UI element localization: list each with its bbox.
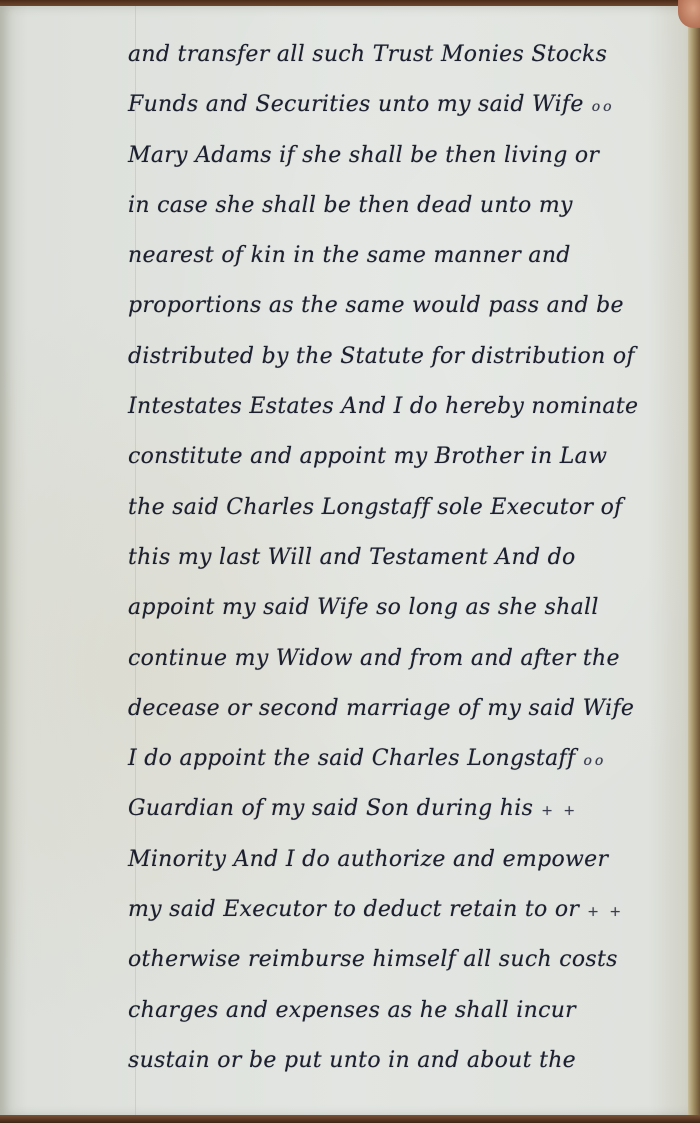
line-filler-mark: + + — [541, 803, 578, 819]
text-line: Minority And I do authorize and empower — [128, 835, 688, 885]
text-line: constitute and appoint my Brother in Law — [128, 432, 688, 482]
handwritten-text-block: and transfer all such Trust Monies Stock… — [128, 30, 688, 1086]
line-text: I do appoint the said Charles Longstaff — [128, 746, 575, 771]
line-text: proportions as the same would pass and b… — [128, 293, 624, 318]
line-text: Mary Adams if she shall be then living o… — [128, 143, 599, 168]
text-line: continue my Widow and from and after the — [128, 634, 688, 684]
line-text: Guardian of my said Son during his — [128, 796, 533, 821]
line-filler-mark: oo — [583, 753, 606, 769]
text-line: decease or second marriage of my said Wi… — [128, 684, 688, 734]
line-text: otherwise reimburse himself all such cos… — [128, 947, 618, 972]
line-text: my said Executor to deduct retain to or — [128, 897, 579, 922]
text-line: appoint my said Wife so long as she shal… — [128, 583, 688, 633]
line-filler-mark: oo — [592, 99, 615, 115]
line-text: distributed by the Statute for distribut… — [128, 344, 635, 369]
line-text: appoint my said Wife so long as she shal… — [128, 595, 599, 620]
text-line: and transfer all such Trust Monies Stock… — [128, 30, 688, 80]
line-text: continue my Widow and from and after the — [128, 646, 620, 671]
text-line: nearest of kin in the same manner and — [128, 231, 688, 281]
line-text: and transfer all such Trust Monies Stock… — [128, 42, 607, 67]
text-line: proportions as the same would pass and b… — [128, 281, 688, 331]
line-text: Intestates Estates And I do hereby nomin… — [128, 394, 638, 419]
text-line: the said Charles Longstaff sole Executor… — [128, 483, 688, 533]
text-line: charges and expenses as he shall incur — [128, 986, 688, 1036]
line-text: the said Charles Longstaff sole Executor… — [128, 495, 623, 520]
text-line: otherwise reimburse himself all such cos… — [128, 935, 688, 985]
line-text: this my last Will and Testament And do — [128, 545, 576, 570]
line-text: constitute and appoint my Brother in Law — [128, 444, 607, 469]
book-bottom-edge — [0, 1115, 700, 1123]
text-line: I do appoint the said Charles Longstaffo… — [128, 734, 688, 784]
text-line: Mary Adams if she shall be then living o… — [128, 131, 688, 181]
text-line: sustain or be put unto in and about the — [128, 1036, 688, 1086]
book-page-edges — [688, 0, 700, 1123]
line-text: charges and expenses as he shall incur — [128, 998, 576, 1023]
text-line: Funds and Securities unto my said Wifeoo — [128, 80, 688, 130]
line-text: nearest of kin in the same manner and — [128, 243, 571, 268]
text-line: this my last Will and Testament And do — [128, 533, 688, 583]
line-text: decease or second marriage of my said Wi… — [128, 696, 634, 721]
text-line: Guardian of my said Son during his+ + — [128, 784, 688, 834]
text-line: distributed by the Statute for distribut… — [128, 332, 688, 382]
line-text: in case she shall be then dead unto my — [128, 193, 573, 218]
line-filler-mark: + + — [587, 904, 624, 920]
text-line: Intestates Estates And I do hereby nomin… — [128, 382, 688, 432]
text-line: in case she shall be then dead unto my — [128, 181, 688, 231]
text-line: my said Executor to deduct retain to or+… — [128, 885, 688, 935]
line-text: Funds and Securities unto my said Wife — [128, 92, 584, 117]
line-text: sustain or be put unto in and about the — [128, 1048, 576, 1073]
line-text: Minority And I do authorize and empower — [128, 847, 608, 872]
